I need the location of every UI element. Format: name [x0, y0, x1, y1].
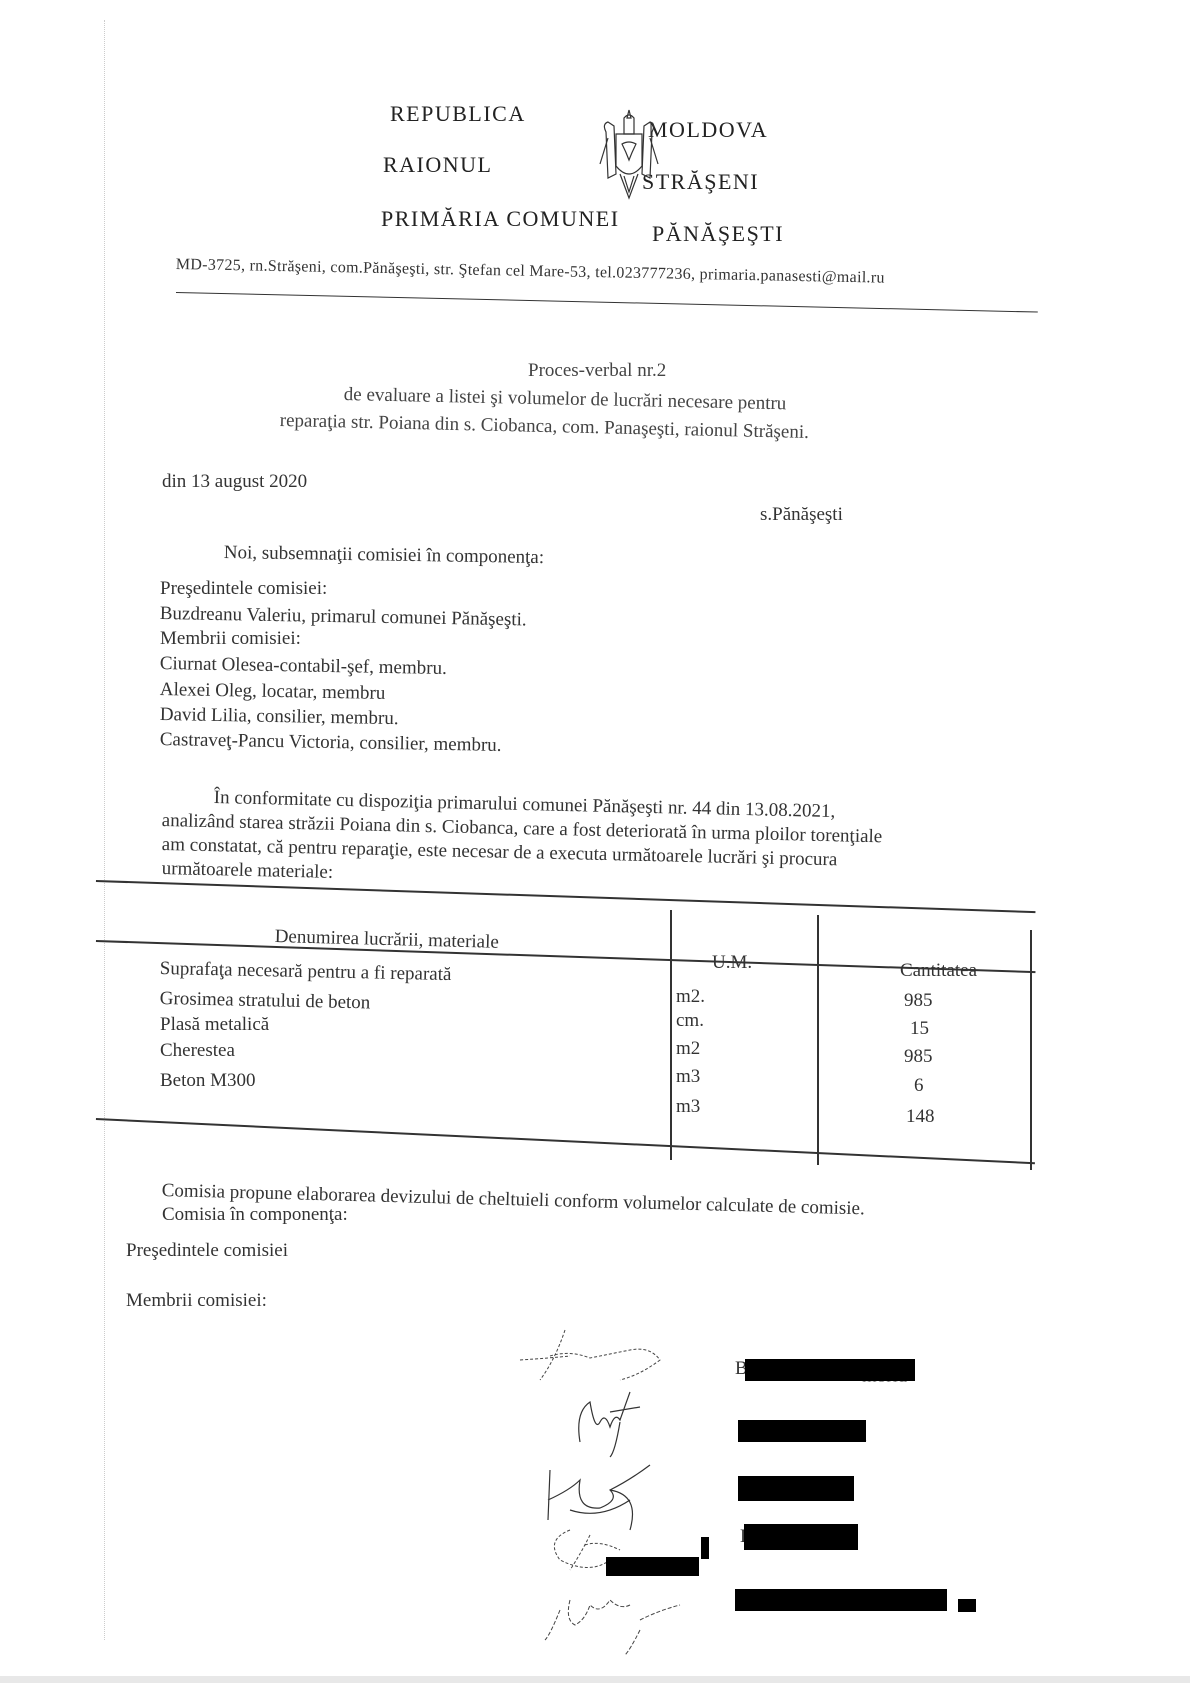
table-border-top	[96, 880, 1036, 913]
header-address: MD-3725, rn.Străşeni, com.Pănăşeşti, str…	[176, 256, 885, 288]
header-mayoralty-left: PRIMĂRIA COMUNEI	[381, 206, 620, 232]
redaction-bar	[606, 1557, 699, 1576]
intro-text: Noi, subsemnaţii comisiei în componenţa:	[224, 542, 545, 569]
paragraph-line: următoarele materiale:	[162, 858, 334, 884]
row-qty: 15	[910, 1018, 929, 1040]
president-label: Preşedintele comisiei:	[160, 578, 327, 600]
header-district-left: RAIONUL	[383, 152, 493, 178]
table-header-name: Denumirea lucrării, materiale	[274, 926, 499, 954]
row-name: Grosimea stratului de beton	[160, 988, 371, 1014]
closing-president-label: Preşedintele comisiei	[126, 1240, 288, 1262]
header-divider	[176, 292, 1038, 313]
document-title: Proces-verbal nr.2	[528, 360, 666, 382]
row-qty: 985	[904, 990, 933, 1012]
header-country-left: REPUBLICA	[390, 101, 526, 127]
row-name: Suprafaţa necesară pentru a fi reparată	[160, 958, 452, 986]
table-header-um: U.M.	[712, 952, 752, 974]
row-um: cm.	[676, 1010, 704, 1032]
redaction-bar	[738, 1420, 866, 1442]
redaction-bar	[701, 1537, 709, 1559]
table-header-qty: Cantitatea	[900, 960, 977, 982]
table-col-divider	[670, 910, 672, 1160]
row-um: m3	[676, 1096, 700, 1118]
redaction-bar	[744, 1524, 858, 1550]
signature-icon	[510, 1320, 670, 1390]
member-item: Alexei Oleg, locatar, membru	[160, 679, 386, 705]
header-mayoralty-right: PĂNĂŞEŞTI	[652, 221, 784, 247]
row-um: m2.	[676, 986, 705, 1008]
member-item: David Lilia, consilier, membru.	[160, 704, 399, 730]
table-border-bottom	[96, 1118, 1035, 1164]
members-label: Membrii comisiei:	[160, 628, 301, 650]
document-subtitle-line2: reparaţia str. Poiana din s. Ciobanca, c…	[280, 410, 810, 444]
document-place: s.Pănăşeşti	[760, 504, 843, 526]
row-name: Beton M300	[160, 1070, 256, 1092]
row-qty: 985	[904, 1046, 933, 1068]
table-col-divider	[817, 915, 819, 1165]
row-qty: 6	[914, 1075, 924, 1097]
row-um: m2	[676, 1038, 700, 1060]
row-qty: 148	[906, 1106, 935, 1128]
member-item: Ciurnat Olesea-contabil-şef, membru.	[160, 653, 447, 680]
row-name: Cherestea	[160, 1040, 235, 1062]
scan-bottom-edge	[0, 1676, 1190, 1683]
document-subtitle-line1: de evaluare a listei şi volumelor de luc…	[344, 384, 787, 415]
header-country-right: MOLDOVA	[648, 117, 768, 143]
redaction-bar	[745, 1359, 915, 1381]
closing-members-label: Membrii comisiei:	[126, 1290, 267, 1312]
row-name: Plasă metalică	[160, 1014, 269, 1036]
row-um: m3	[676, 1066, 700, 1088]
closing-line2: Comisia în componenţa:	[162, 1204, 348, 1226]
scan-edge-artifact	[104, 20, 107, 1640]
redaction-bar	[958, 1599, 976, 1612]
signature-icon	[540, 1580, 690, 1660]
coat-of-arms-icon	[598, 104, 660, 204]
scanned-document-page: REPUBLICA MOLDOVA RAIONUL STRĂŞENI PRIMĂ…	[0, 0, 1190, 1683]
redaction-bar	[738, 1476, 854, 1501]
document-date: din 13 august 2020	[162, 471, 307, 493]
table-border-right	[1030, 930, 1032, 1170]
redaction-bar	[735, 1589, 947, 1611]
member-item: Castraveţ-Pancu Victoria, consilier, mem…	[160, 729, 502, 757]
